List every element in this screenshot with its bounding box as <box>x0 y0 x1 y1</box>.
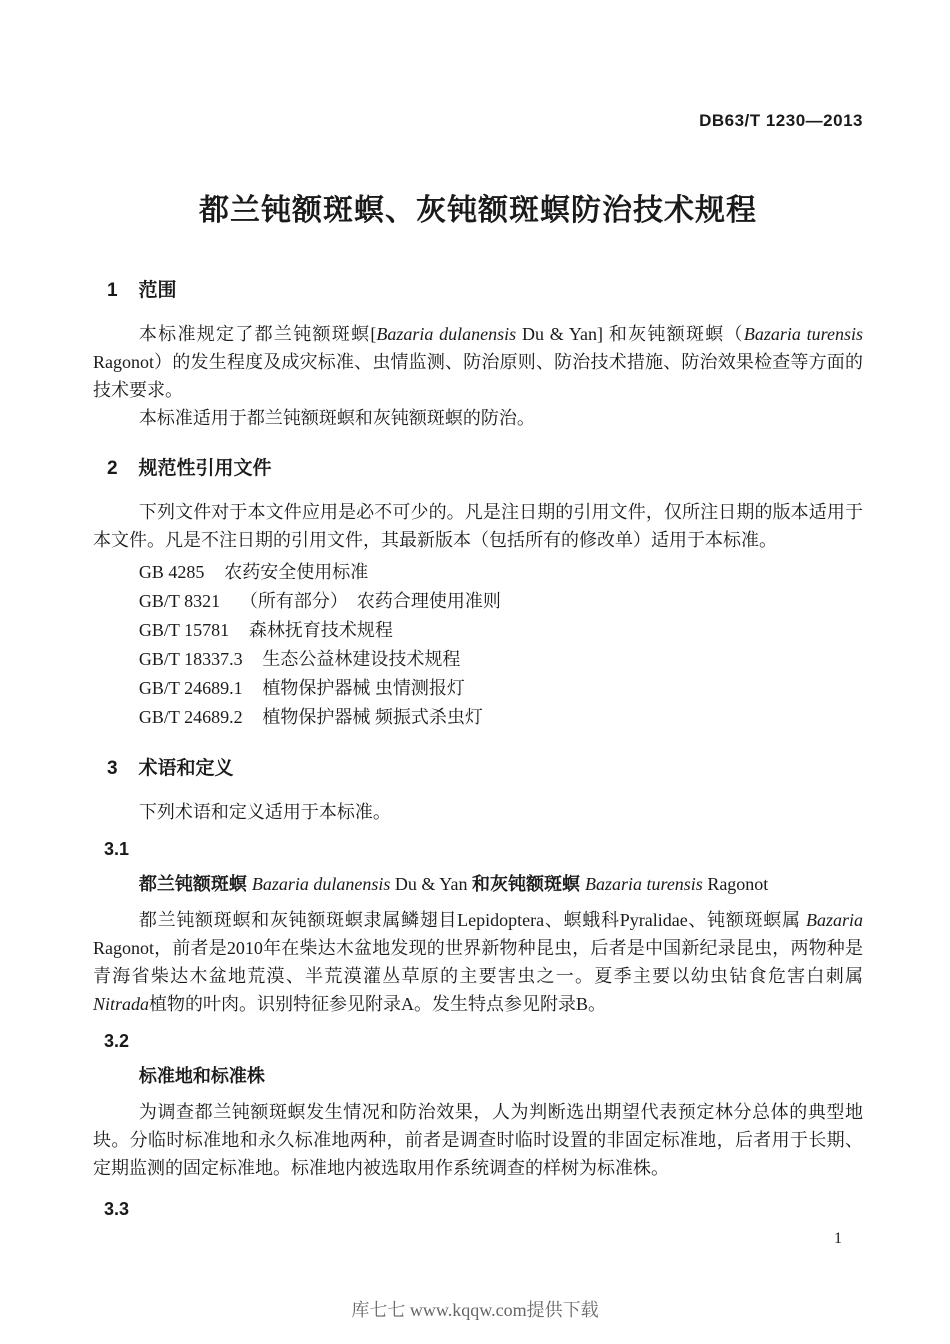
scope-applicability-paragraph: 本标准适用于都兰钝额斑螟和灰钝额斑螟的防治。 <box>93 404 863 432</box>
text-run: Ragonot）的发生程度及成灾标准、虫情监测、防治原则、防治技术措施、防治效果… <box>93 352 863 400</box>
reference-code: GB/T 15781 <box>139 620 229 640</box>
document-page: DB63/T 1230—2013 都兰钝额斑螟、灰钝额斑螟防治技术规程 1范围 … <box>0 0 950 1344</box>
reference-list: GB 4285农药安全使用标准 GB/T 8321（所有部分） 农药合理使用准则… <box>93 558 863 732</box>
section-1-label: 范围 <box>138 280 176 301</box>
section-1-heading: 1范围 <box>93 278 863 304</box>
reference-item: GB/T 8321（所有部分） 农药合理使用准则 <box>93 587 863 616</box>
clause-3-1-number: 3.1 <box>93 836 863 862</box>
section-3-heading: 3术语和定义 <box>93 756 863 782</box>
page-content: DB63/T 1230—2013 都兰钝额斑螟、灰钝额斑螟防治技术规程 1范围 … <box>93 0 863 1222</box>
term-chinese-name: 和灰钝额斑螟 <box>472 874 585 894</box>
scope-paragraph: 本标准规定了都兰钝额斑螟[Bazaria dulanensis Du & Yan… <box>93 320 863 404</box>
term-chinese-name: 标准地和标准株 <box>139 1066 265 1086</box>
reference-item: GB/T 24689.2植物保护器械 频振式杀虫灯 <box>93 703 863 732</box>
author-citation: Du & Yan <box>390 874 472 894</box>
section-1-number: 1 <box>107 280 118 301</box>
clause-3-3-number: 3.3 <box>93 1196 863 1222</box>
page-number: 1 <box>834 1228 842 1250</box>
text-run: 都兰钝额斑螟和灰钝额斑螟隶属鳞翅目Lepidoptera、螟蛾科Pyralida… <box>139 910 806 930</box>
reference-code: GB/T 24689.1 <box>139 678 243 698</box>
definition-3-1: 都兰钝额斑螟和灰钝额斑螟隶属鳞翅目Lepidoptera、螟蛾科Pyralida… <box>93 906 863 1018</box>
section-3-label: 术语和定义 <box>138 758 233 779</box>
latin-genus-name: Nitrada <box>93 994 149 1014</box>
clause-3-2-number: 3.2 <box>93 1028 863 1054</box>
section-2-number: 2 <box>107 458 118 479</box>
term-3-1: 都兰钝额斑螟 Bazaria dulanensis Du & Yan 和灰钝额斑… <box>93 870 863 898</box>
reference-title: 农药安全使用标准 <box>224 562 368 582</box>
text-run: 本标准规定了都兰钝额斑螟[ <box>139 324 376 344</box>
reference-item: GB/T 15781森林抚育技术规程 <box>93 616 863 645</box>
normative-references-paragraph: 下列文件对于本文件应用是必不可少的。凡是注日期的引用文件，仅所注日期的版本适用于… <box>93 498 863 554</box>
reference-item: GB/T 18337.3生态公益林建设技术规程 <box>93 645 863 674</box>
latin-species-name: Bazaria turensis <box>744 324 863 344</box>
reference-item: GB 4285农药安全使用标准 <box>93 558 863 587</box>
latin-genus-name: Bazaria <box>806 910 863 930</box>
term-chinese-name: 都兰钝额斑螟 <box>139 874 252 894</box>
reference-title: 生态公益林建设技术规程 <box>262 649 460 669</box>
reference-code: GB/T 24689.2 <box>139 707 243 727</box>
reference-code: GB 4285 <box>139 562 205 582</box>
definition-3-2: 为调查都兰钝额斑螟发生情况和防治效果，人为判断选出期望代表预定林分总体的典型地块… <box>93 1098 863 1182</box>
reference-item: GB/T 24689.1植物保护器械 虫情测报灯 <box>93 674 863 703</box>
terms-intro-paragraph: 下列术语和定义适用于本标准。 <box>93 798 863 826</box>
text-run: 植物的叶肉。识别特征参见附录A。发生特点参见附录B。 <box>149 994 606 1014</box>
latin-species-name: Bazaria dulanensis <box>252 874 391 894</box>
download-watermark: 库七七 www.kqqw.com提供下载 <box>0 1297 950 1323</box>
reference-title: 植物保护器械 虫情测报灯 <box>262 678 465 698</box>
text-run: Ragonot，前者是2010年在柴达木盆地发现的世界新物种昆虫，后者是中国新纪… <box>93 938 863 986</box>
term-3-2: 标准地和标准株 <box>93 1062 863 1090</box>
reference-code: GB/T 18337.3 <box>139 649 243 669</box>
reference-title: 森林抚育技术规程 <box>249 620 393 640</box>
latin-species-name: Bazaria dulanensis <box>376 324 516 344</box>
section-2-label: 规范性引用文件 <box>138 458 271 479</box>
reference-title: （所有部分） 农药合理使用准则 <box>240 591 501 611</box>
section-2-heading: 2规范性引用文件 <box>93 456 863 482</box>
author-citation: Ragonot <box>703 874 769 894</box>
standard-code: DB63/T 1230—2013 <box>93 0 863 132</box>
section-3-number: 3 <box>107 758 118 779</box>
latin-species-name: Bazaria turensis <box>585 874 703 894</box>
text-run: Du & Yan] 和灰钝额斑螟（ <box>516 324 744 344</box>
reference-code: GB/T 8321 <box>139 591 220 611</box>
document-title: 都兰钝额斑螟、灰钝额斑螟防治技术规程 <box>93 190 863 232</box>
reference-title: 植物保护器械 频振式杀虫灯 <box>262 707 483 727</box>
